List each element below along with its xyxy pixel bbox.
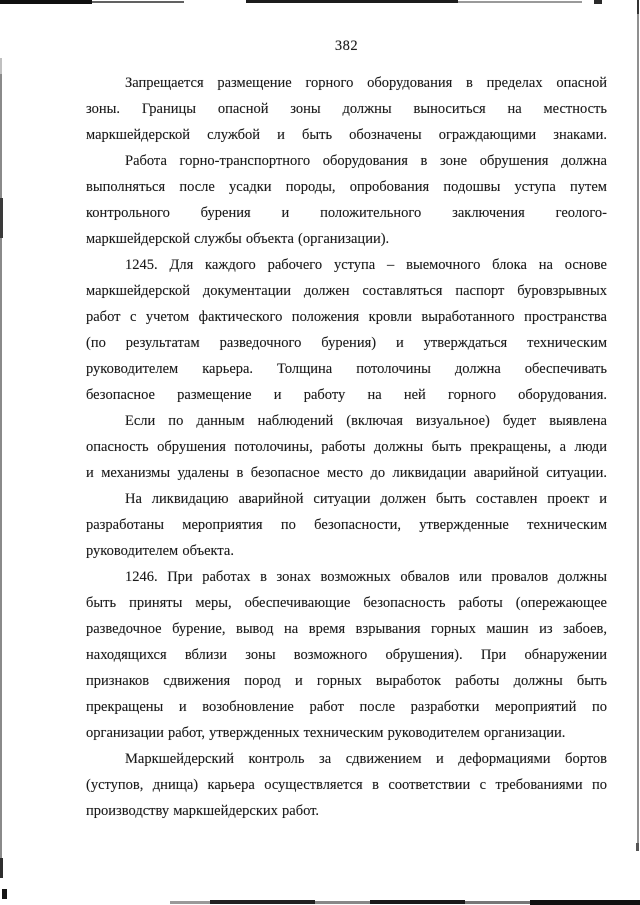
text-line: маркшейдерской службы объекта (организац…	[86, 226, 607, 252]
text-line: Работа горно-транспортного оборудования …	[86, 148, 607, 174]
text-line: контрольного бурения и положительного за…	[86, 200, 607, 226]
scan-edge-left	[2, 889, 7, 899]
text-line: и механизмы удалены в безопасное место д…	[86, 460, 607, 486]
scan-edge-bottom	[465, 901, 530, 904]
paragraph: 1246. При работах в зонах возможных обва…	[86, 564, 607, 746]
page-number: 382	[86, 38, 607, 55]
text-line: Маркшейдерский контроль за сдвижением и …	[86, 746, 607, 772]
scan-edge-bottom	[370, 900, 465, 904]
paragraph: Запрещается размещение горного оборудова…	[86, 70, 607, 148]
document-page: 382 Запрещается размещение горного обору…	[0, 0, 640, 905]
text-block: Запрещается размещение горного оборудова…	[86, 70, 607, 824]
paragraph: Работа горно-транспортного оборудования …	[86, 148, 607, 252]
text-line: производству маркшейдерских работ.	[86, 798, 607, 824]
text-line: руководителем карьера. Толщина потолочин…	[86, 356, 607, 382]
text-line: (уступов, днища) карьера осуществляется …	[86, 772, 607, 798]
text-line: прекращены и возобновление работ после р…	[86, 694, 607, 720]
text-line: На ликвидацию аварийной ситуации должен …	[86, 486, 607, 512]
paragraph: 1245. Для каждого рабочего уступа – выем…	[86, 252, 607, 408]
scan-edge-left	[0, 198, 3, 238]
scan-edge-top	[458, 1, 582, 3]
text-line: организации работ, утвержденных техничес…	[86, 720, 607, 746]
text-line: Запрещается размещение горного оборудова…	[86, 70, 607, 96]
text-line: разработаны мероприятия по безопасности,…	[86, 512, 607, 538]
scan-edge-top	[0, 0, 92, 4]
text-line: руководителем объекта.	[86, 538, 607, 564]
text-line: опасность обрушения потолочины, работы д…	[86, 434, 607, 460]
scan-edge-bottom	[530, 900, 640, 905]
scan-edge-top	[92, 1, 184, 3]
text-line: быть приняты меры, обеспечивающие безопа…	[86, 590, 607, 616]
scan-edge-top	[246, 0, 458, 3]
scan-edge-top	[594, 0, 602, 4]
text-line: Если по данным наблюдений (включая визуа…	[86, 408, 607, 434]
text-line: 1245. Для каждого рабочего уступа – выем…	[86, 252, 607, 278]
scan-edge-bottom	[210, 900, 315, 904]
text-line: признаков сдвижения пород и горных выраб…	[86, 668, 607, 694]
paragraph: Если по данным наблюдений (включая визуа…	[86, 408, 607, 486]
scan-edge-bottom	[170, 901, 210, 904]
text-line: выполняться после усадки породы, опробов…	[86, 174, 607, 200]
text-line: безопасное размещение и работу на ней го…	[86, 382, 607, 408]
text-line: работ с учетом фактического положения кр…	[86, 304, 607, 330]
paragraph: Маркшейдерский контроль за сдвижением и …	[86, 746, 607, 824]
text-line: зоны. Границы опасной зоны должны выноси…	[86, 96, 607, 122]
text-line: разведочное бурение, вывод на время взры…	[86, 616, 607, 642]
scan-edge-left	[0, 858, 3, 878]
text-line: маркшейдерской службой и быть обозначены…	[86, 122, 607, 148]
scan-edge-right	[637, 0, 639, 14]
text-line: маркшейдерской документации должен соста…	[86, 278, 607, 304]
scan-edge-right	[637, 14, 639, 850]
text-line: 1246. При работах в зонах возможных обва…	[86, 564, 607, 590]
text-line: находящихся вблизи зоны возможного обруш…	[86, 642, 607, 668]
scan-edge-left	[0, 74, 2, 874]
paragraph: На ликвидацию аварийной ситуации должен …	[86, 486, 607, 564]
scan-edge-left	[0, 58, 2, 74]
text-line: (по результатам разведочного бурения) и …	[86, 330, 607, 356]
scan-edge-bottom	[315, 901, 370, 904]
scan-edge-right	[636, 843, 639, 851]
